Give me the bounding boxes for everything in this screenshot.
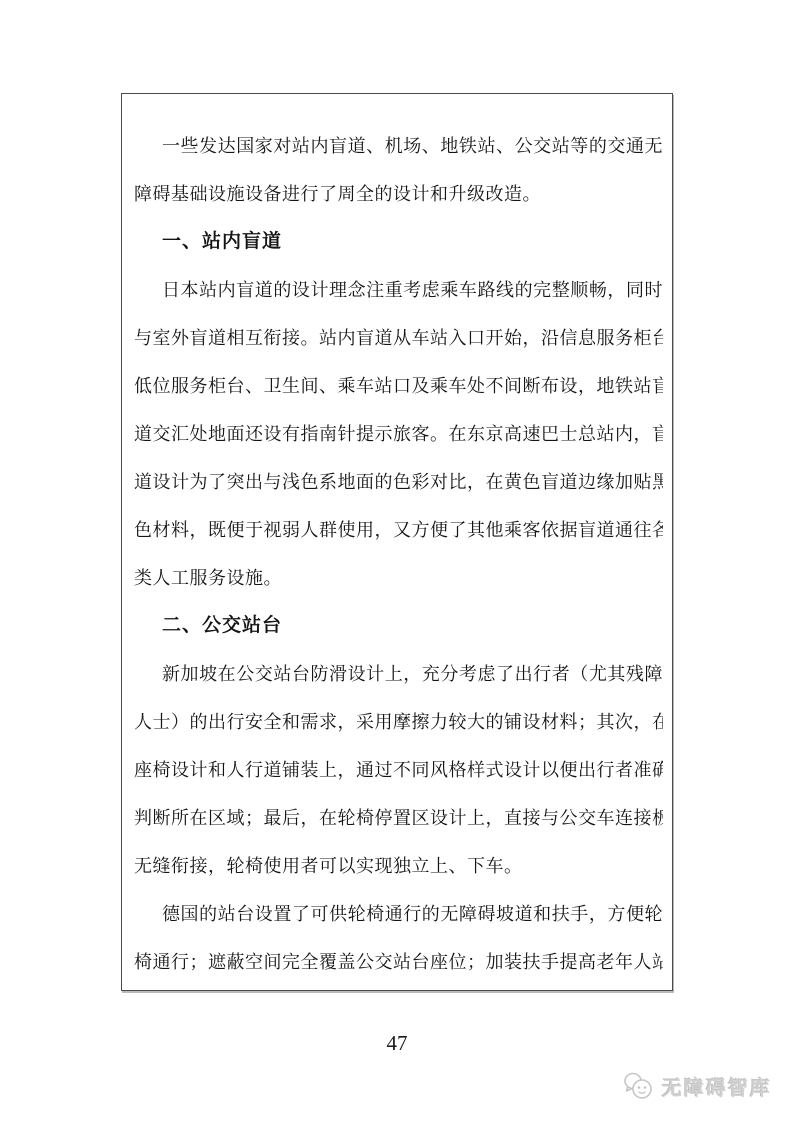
text-line: 色材料，既便于视弱人群使用，又方便了其他乘客依据盲道通往各: [134, 506, 663, 554]
watermark: 无障碍智库: [623, 1070, 772, 1102]
text-line: 道设计为了突出与浅色系地面的色彩对比，在黄色盲道边缘加贴黑: [134, 458, 663, 506]
paragraph: 一些发达国家对站内盲道、机场、地铁站、公交站等的交通无障碍基础设施设备进行了周全…: [134, 122, 663, 218]
text-line: 道交汇处地面还设有指南针提示旅客。在东京高速巴士总站内，盲: [134, 410, 663, 458]
text-line: 无缝衔接，轮椅使用者可以实现独立上、下车。: [134, 842, 663, 890]
text-line: 一些发达国家对站内盲道、机场、地铁站、公交站等的交通无: [134, 122, 663, 170]
section-heading: 二、公交站台: [134, 602, 663, 650]
document-body: 一些发达国家对站内盲道、机场、地铁站、公交站等的交通无障碍基础设施设备进行了周全…: [134, 122, 663, 986]
paragraph: 新加坡在公交站台防滑设计上，充分考虑了出行者（尤其残障人士）的出行安全和需求，采…: [134, 650, 663, 890]
watermark-text: 无障碍智库: [662, 1072, 772, 1101]
text-line: 新加坡在公交站台防滑设计上，充分考虑了出行者（尤其残障: [134, 650, 663, 698]
text-line: 二、公交站台: [134, 602, 663, 650]
text-line: 人士）的出行安全和需求，采用摩擦力较大的铺设材料；其次，在: [134, 698, 663, 746]
text-line: 低位服务柜台、卫生间、乘车站口及乘车处不间断布设，地铁站盲: [134, 362, 663, 410]
section-heading: 一、站内盲道: [134, 218, 663, 266]
text-line: 类人工服务设施。: [134, 554, 663, 602]
text-line: 判断所在区域；最后，在轮椅停置区设计上，直接与公交车连接板: [134, 794, 663, 842]
text-frame: 一些发达国家对站内盲道、机场、地铁站、公交站等的交通无障碍基础设施设备进行了周全…: [121, 93, 673, 991]
text-line: 障碍基础设施设备进行了周全的设计和升级改造。: [134, 170, 663, 218]
chat-mascot-icon: [623, 1072, 653, 1100]
text-line: 座椅设计和人行道铺装上，通过不同风格样式设计以便出行者准确: [134, 746, 663, 794]
paragraph: 德国的站台设置了可供轮椅通行的无障碍坡道和扶手，方便轮椅通行；遮蔽空间完全覆盖公…: [134, 890, 663, 986]
text-line: 一、站内盲道: [134, 218, 663, 266]
text-line: 德国的站台设置了可供轮椅通行的无障碍坡道和扶手，方便轮: [134, 890, 663, 938]
text-line: 日本站内盲道的设计理念注重考虑乘车路线的完整顺畅，同时: [134, 266, 663, 314]
page-number: 47: [0, 1031, 794, 1056]
text-line: 椅通行；遮蔽空间完全覆盖公交站台座位；加装扶手提高老年人站: [134, 938, 663, 986]
paragraph: 日本站内盲道的设计理念注重考虑乘车路线的完整顺畅，同时与室外盲道相互衔接。站内盲…: [134, 266, 663, 602]
text-line: 与室外盲道相互衔接。站内盲道从车站入口开始，沿信息服务柜台、: [134, 314, 663, 362]
